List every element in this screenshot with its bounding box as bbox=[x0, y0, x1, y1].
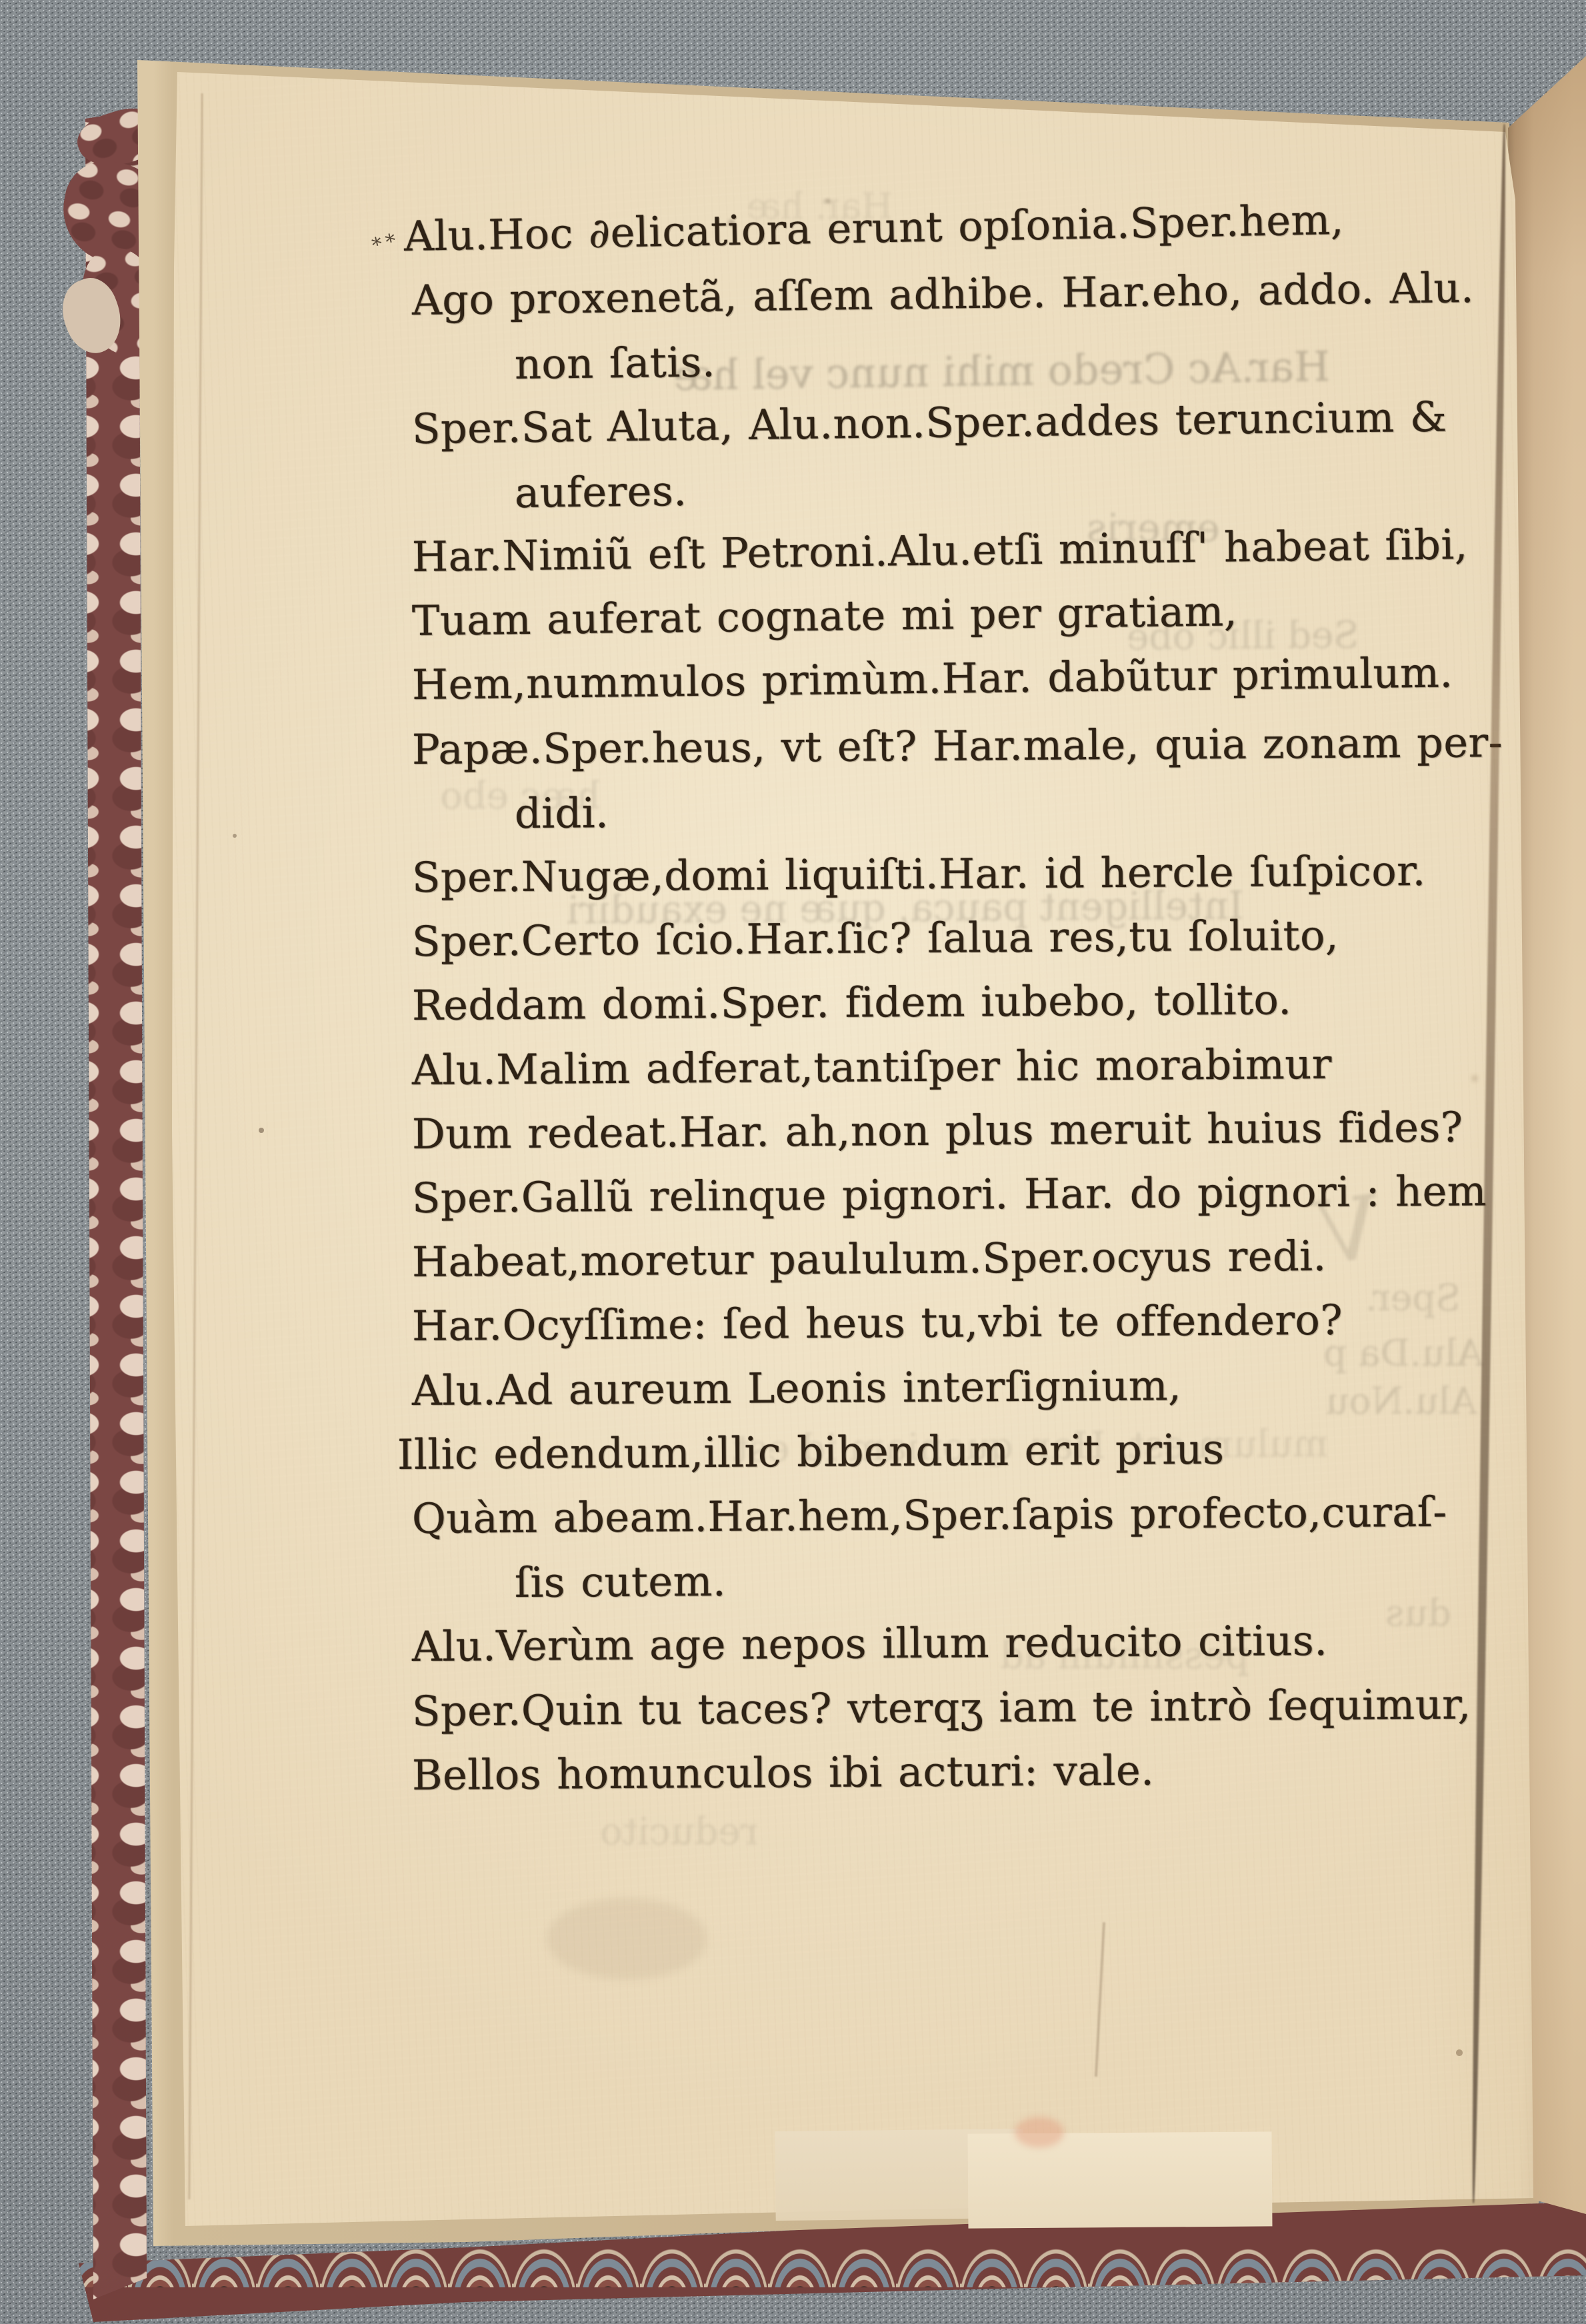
text-block: ⁎⁎ Alu.Hoc ∂elicatiora erunt opſonia.Spe… bbox=[0, 0, 1586, 2324]
text-line: Alu.Malim adferat,tantiſper hic morabimu… bbox=[412, 1039, 1332, 1094]
text-line: non ſatis. bbox=[515, 338, 716, 389]
text-line: ſis cutem. bbox=[515, 1557, 727, 1607]
marginal-mark: ⁎⁎ bbox=[368, 222, 401, 251]
text-line: Alu.Ad aureum Leonis interſignium, bbox=[412, 1361, 1182, 1415]
text-line: Har.Ocyſſime: ſed heus tu,vbi te offende… bbox=[412, 1296, 1343, 1350]
text-line: Sper.Certo ſcio.Har.ſic? ſalua res,tu ſo… bbox=[412, 911, 1339, 966]
book-photograph-scene: Har. hæHar.Ac Credo mihi nunc vel hæemer… bbox=[0, 0, 1586, 2324]
text-line: Har.Nimiũ eſt Petroni.Alu.etſi minuſſ' h… bbox=[412, 520, 1469, 581]
text-line: Tuam auferat cognate mi per gratiam, bbox=[412, 586, 1238, 645]
text-line: Hem,nummulos primùm.Har. dabũtur primulu… bbox=[412, 648, 1453, 710]
text-line: didi. bbox=[515, 788, 609, 838]
pink-stain bbox=[1015, 2117, 1064, 2147]
paper-repair-patch bbox=[968, 2131, 1273, 2228]
text-line: Alu.Hoc ∂elicatiora erunt opſonia.Sper.h… bbox=[403, 195, 1344, 261]
book-page: Har. hæHar.Ac Credo mihi nunc vel hæemer… bbox=[0, 0, 1586, 2324]
text-line: Reddam domi.Sper. fidem iubebo, tollito. bbox=[412, 976, 1292, 1030]
text-line: Quàm abeam.Har.hem,Sper.ſapis profecto,c… bbox=[412, 1488, 1447, 1543]
text-line: Illic edendum,illic bibendum erit prius bbox=[397, 1425, 1225, 1479]
text-line: Alu.Verùm age nepos illum reducito citiu… bbox=[412, 1616, 1328, 1671]
text-line: Habeat,moretur paululum.Sper.ocyus redi. bbox=[412, 1232, 1327, 1286]
text-line: Papæ.Sper.heus, vt eſt? Har.male, quia z… bbox=[412, 718, 1503, 774]
text-line: Sper.Nugæ,domi liquiſti.Har. id hercle ſ… bbox=[412, 846, 1426, 902]
text-line: Sper.Quin tu taces? vterqʒ iam te intrò … bbox=[412, 1680, 1471, 1736]
text-line: auferes. bbox=[515, 467, 687, 517]
stain-blotch bbox=[547, 1898, 707, 1979]
text-line: Bellos homunculos ibi acturi: vale. bbox=[412, 1745, 1155, 1799]
text-line: Sper.Gallũ relinque pignori. Har. do pig… bbox=[412, 1166, 1487, 1222]
text-line: Sper.Sat Aluta, Alu.non.Sper.addes terun… bbox=[412, 392, 1447, 453]
text-line: Dum redeat.Har. ah,non plus meruit huius… bbox=[412, 1102, 1463, 1158]
text-line: Ago proxenetã, aſſem adhibe. Har.eho, ad… bbox=[412, 263, 1475, 325]
